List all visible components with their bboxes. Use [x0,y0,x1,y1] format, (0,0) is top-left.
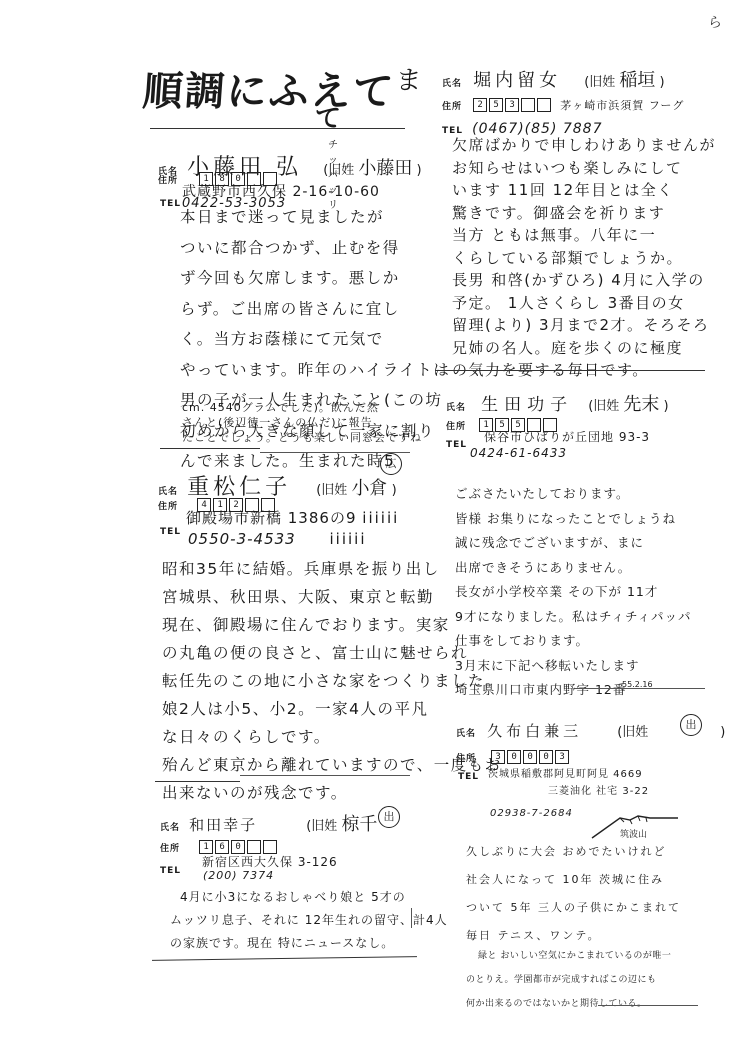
person-name: 堀内留女 [473,70,561,91]
address-text: 茨城県稲敷郡阿見町阿見 4669 [488,765,643,780]
page-number-mark: ら [708,12,722,32]
name-label: 氏名 [160,823,180,833]
name-label: 氏名 [446,403,466,413]
zip-code-boxes: 253 [473,98,551,112]
divider [240,775,410,776]
tel-label: TEL [458,772,479,782]
maiden-name: (旧姓 稲垣 ) [584,75,664,90]
address-text: 御殿場市新橋 1386の9 ⅰⅰⅰⅰⅰⅰ [186,507,399,528]
message: 昭和35年に結婚。兵庫県を振り出し宮城県、秋田県、大阪、東京と転勤現在、御殿場に… [162,555,502,807]
address-label: 住所 [456,754,476,764]
title-text: 順調にふえて [141,68,396,115]
tel-number: 0550-3-4533 ⅰⅰⅰⅰⅰⅰ [188,530,367,548]
message: 4月に小3になるおしゃべり娘と 5才のムッツリ息子、それに 12年生れの留守、計… [170,886,448,955]
maiden-name: (旧姓 小倉 ) [316,483,396,498]
page-title-sub: て [315,98,341,135]
tel-label: TEL [160,199,181,209]
message-tail: cm. 4540グラムでした)。飲んだ然さんと(後辺徳一さんの仏だ)に報告たこと… [182,400,422,445]
message: 欠席ばかりで申しわけありませんがお知らせはいつも楽しみにしています 11回 12… [452,134,716,382]
divider [160,448,260,449]
tel-number: (200) 7374 [203,869,274,882]
divider [150,128,405,129]
zip-code-boxes: 160 [199,840,277,854]
divider [152,956,417,961]
page-title: 順調にふえてま [141,60,425,117]
zip-code-boxes: 30003 [491,750,569,764]
divider [435,370,705,371]
name-label: 氏名 [456,729,476,739]
divider [411,908,412,928]
message: ごぶさたいたしております。皆様 お集りになったことでしょうね誠に残念でございます… [455,482,691,703]
tel-label: TEL [446,440,467,450]
maiden-name: (旧姓) [617,725,725,740]
person-name: 和田幸子 [189,816,257,834]
name-label: 氏名 [442,79,462,89]
person-name: 生田功子 [481,395,573,415]
title-scribble: ま [394,66,424,96]
address-text: 茅ヶ崎市浜須賀 フーグ [560,99,684,112]
tel-label: TEL [160,527,181,537]
address-label: 住所 [160,844,180,854]
address-label: 住所 [158,176,178,186]
address-line-2: 三菱油化 社宅 3-22 [548,782,649,797]
tel-number: 02938-7-2684 [490,808,573,819]
message: 久しぶりに大会 おめでたいけれど社会人になって 10年 茨城に住みついて 5年 … [466,838,681,950]
address-label: 住所 [446,422,466,432]
tel-label: TEL [160,866,181,876]
address-text: 保谷市ひばりが丘団地 93-3 [484,428,650,445]
maiden-name: (旧姓 椋千 [306,819,377,834]
divider [575,688,705,689]
person-name: 久布白兼三 [487,722,582,740]
address-text: 新宿区西大久保 3-126 [202,853,338,870]
divider [598,1005,698,1006]
address-label: 住所 [442,102,462,112]
address-label: 住所 [158,502,178,512]
divider [155,781,240,782]
maiden-name: (旧姓 小藤田 ) [323,163,421,178]
tel-number: 0424-61-6433 [470,446,567,460]
maiden-name: (旧姓 先末 ) [588,399,668,414]
seal-stamp: 出 [378,806,400,828]
